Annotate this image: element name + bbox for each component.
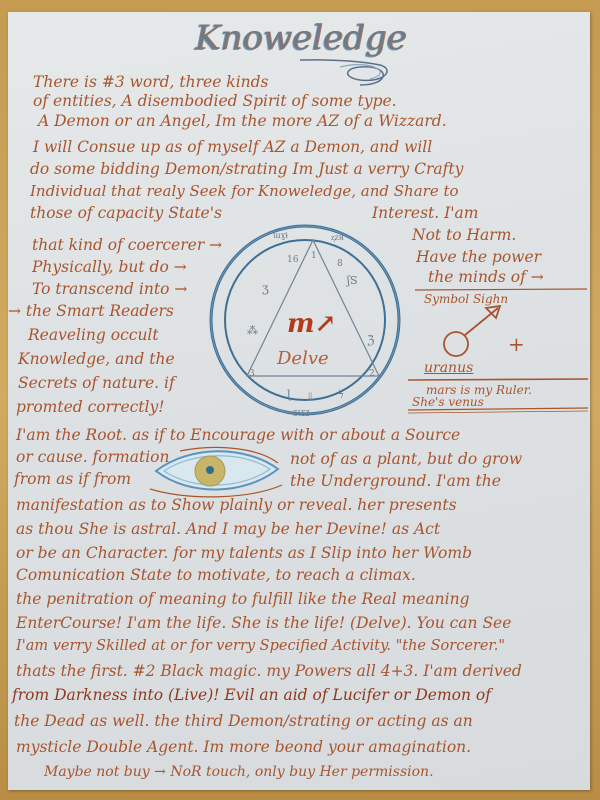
text-line: from as if from [14,470,131,488]
svg-text:ʃS: ʃS [345,274,358,287]
title-flourish-icon [300,55,400,90]
svg-text:2: 2 [369,369,375,379]
text-line: To transcend into → [32,280,187,298]
svg-text:ʒ: ʒ [262,281,269,295]
svg-text:3: 3 [249,369,255,379]
text-line: the minds of → [428,268,544,286]
text-line: I will Consue up as of myself AZ a Demon… [33,138,432,156]
svg-text:ƷƖƸƷ: ƷƖƸƷ [293,409,310,418]
text-line: Interest. I'am [372,204,478,222]
text-line: Reaveling occult [28,326,159,344]
text-line: or be an Character. for my talents as I … [16,544,472,562]
svg-text:⫫: ⫫ [307,390,313,403]
text-line: not of as a plant, but do grow [290,450,522,468]
svg-text:Delve: Delve [276,348,329,369]
svg-text:ϟ: ϟ [337,388,344,401]
svg-text:⁂: ⁂ [247,324,258,337]
text-line: or cause. formation [16,448,169,466]
text-line: the Dead as well. the third Demon/strati… [14,712,473,730]
venus-note: She's venus [412,395,484,409]
text-line: thats the first. #2 Black magic. my Powe… [16,662,522,680]
text-line: Maybe not buy → NoR touch, only buy Her … [44,764,434,780]
text-line: Not to Harm. [412,226,516,244]
text-line: Knowledge, and the [18,350,175,368]
text-line: There is #3 word, three kinds [33,73,269,91]
magic-seal-icon: m↗ Delve 16 1 8 ʃS ʒ ⁂ ℨ 3 2 ɭ ⫫ ϟ ɯɣɨ ᴢ… [207,222,403,418]
text-line: do some bidding Demon/strating Im Just a… [30,160,463,178]
svg-text:m↗: m↗ [287,309,336,339]
text-line: → the Smart Readers [8,302,174,320]
text-line: Secrets of nature. if [18,374,175,392]
eye-icon [150,445,290,505]
text-line: those of capacity State's [30,204,222,222]
text-line: Physically, but do → [32,258,187,276]
text-line: the penitration of meaning to fulfill li… [16,590,470,608]
svg-text:8: 8 [337,259,343,269]
text-line: that kind of coercerer → [32,236,222,254]
svg-text:ᴢ᷊ᴢᴎ: ᴢ᷊ᴢᴎ [331,233,344,242]
page-title: Knoweledge [195,18,415,58]
text-line: mysticle Double Agent. Im more beond you… [16,738,471,756]
text-line: of entities, A disembodied Spirit of som… [33,92,397,110]
text-line: from Darkness into (Live)! Evil an aid o… [12,686,491,704]
text-line: Comunication State to motivate, to reach… [16,566,416,584]
svg-text:ℨ: ℨ [367,333,374,347]
text-line: A Demon or an Angel, Im the more AZ of a… [38,112,447,130]
text-line: Have the power [416,248,541,266]
plus-sign: + [508,332,525,356]
text-line: the Underground. I'am the [290,472,501,490]
svg-text:ɯɣɨ: ɯɣɨ [273,231,288,240]
planet-label: uranus [424,360,473,376]
text-line: as thou She is astral. And I may be her … [16,520,440,538]
svg-text:16: 16 [287,255,299,265]
text-line: I'am the Root. as if to Encourage with o… [16,426,460,444]
text-line: I'am verry Skilled at or for verry Speci… [16,638,505,654]
text-line: promted correctly! [16,398,164,416]
svg-text:1: 1 [311,251,317,261]
text-line: EnterCourse! I'am the life. She is the l… [16,614,511,632]
text-line: Individual that realy Seek for Knoweledg… [30,182,459,200]
mars-symbol-icon [440,302,510,362]
